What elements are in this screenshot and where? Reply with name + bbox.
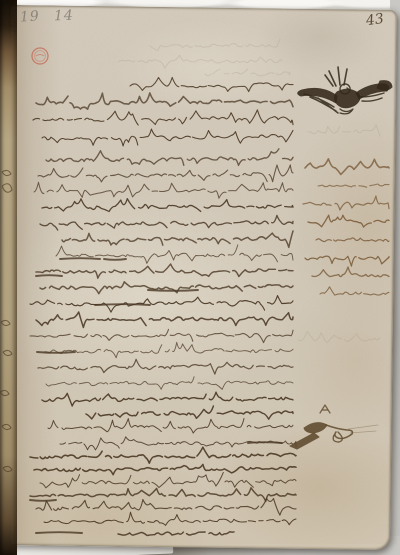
pencil-mark-right: 14	[54, 8, 74, 25]
notebook-page	[3, 5, 397, 550]
manuscript-scan: 19 14 43	[0, 0, 400, 555]
folio-number: 43	[365, 11, 385, 29]
binding-gutter	[0, 0, 17, 555]
pencil-mark-left: 19	[19, 8, 40, 25]
